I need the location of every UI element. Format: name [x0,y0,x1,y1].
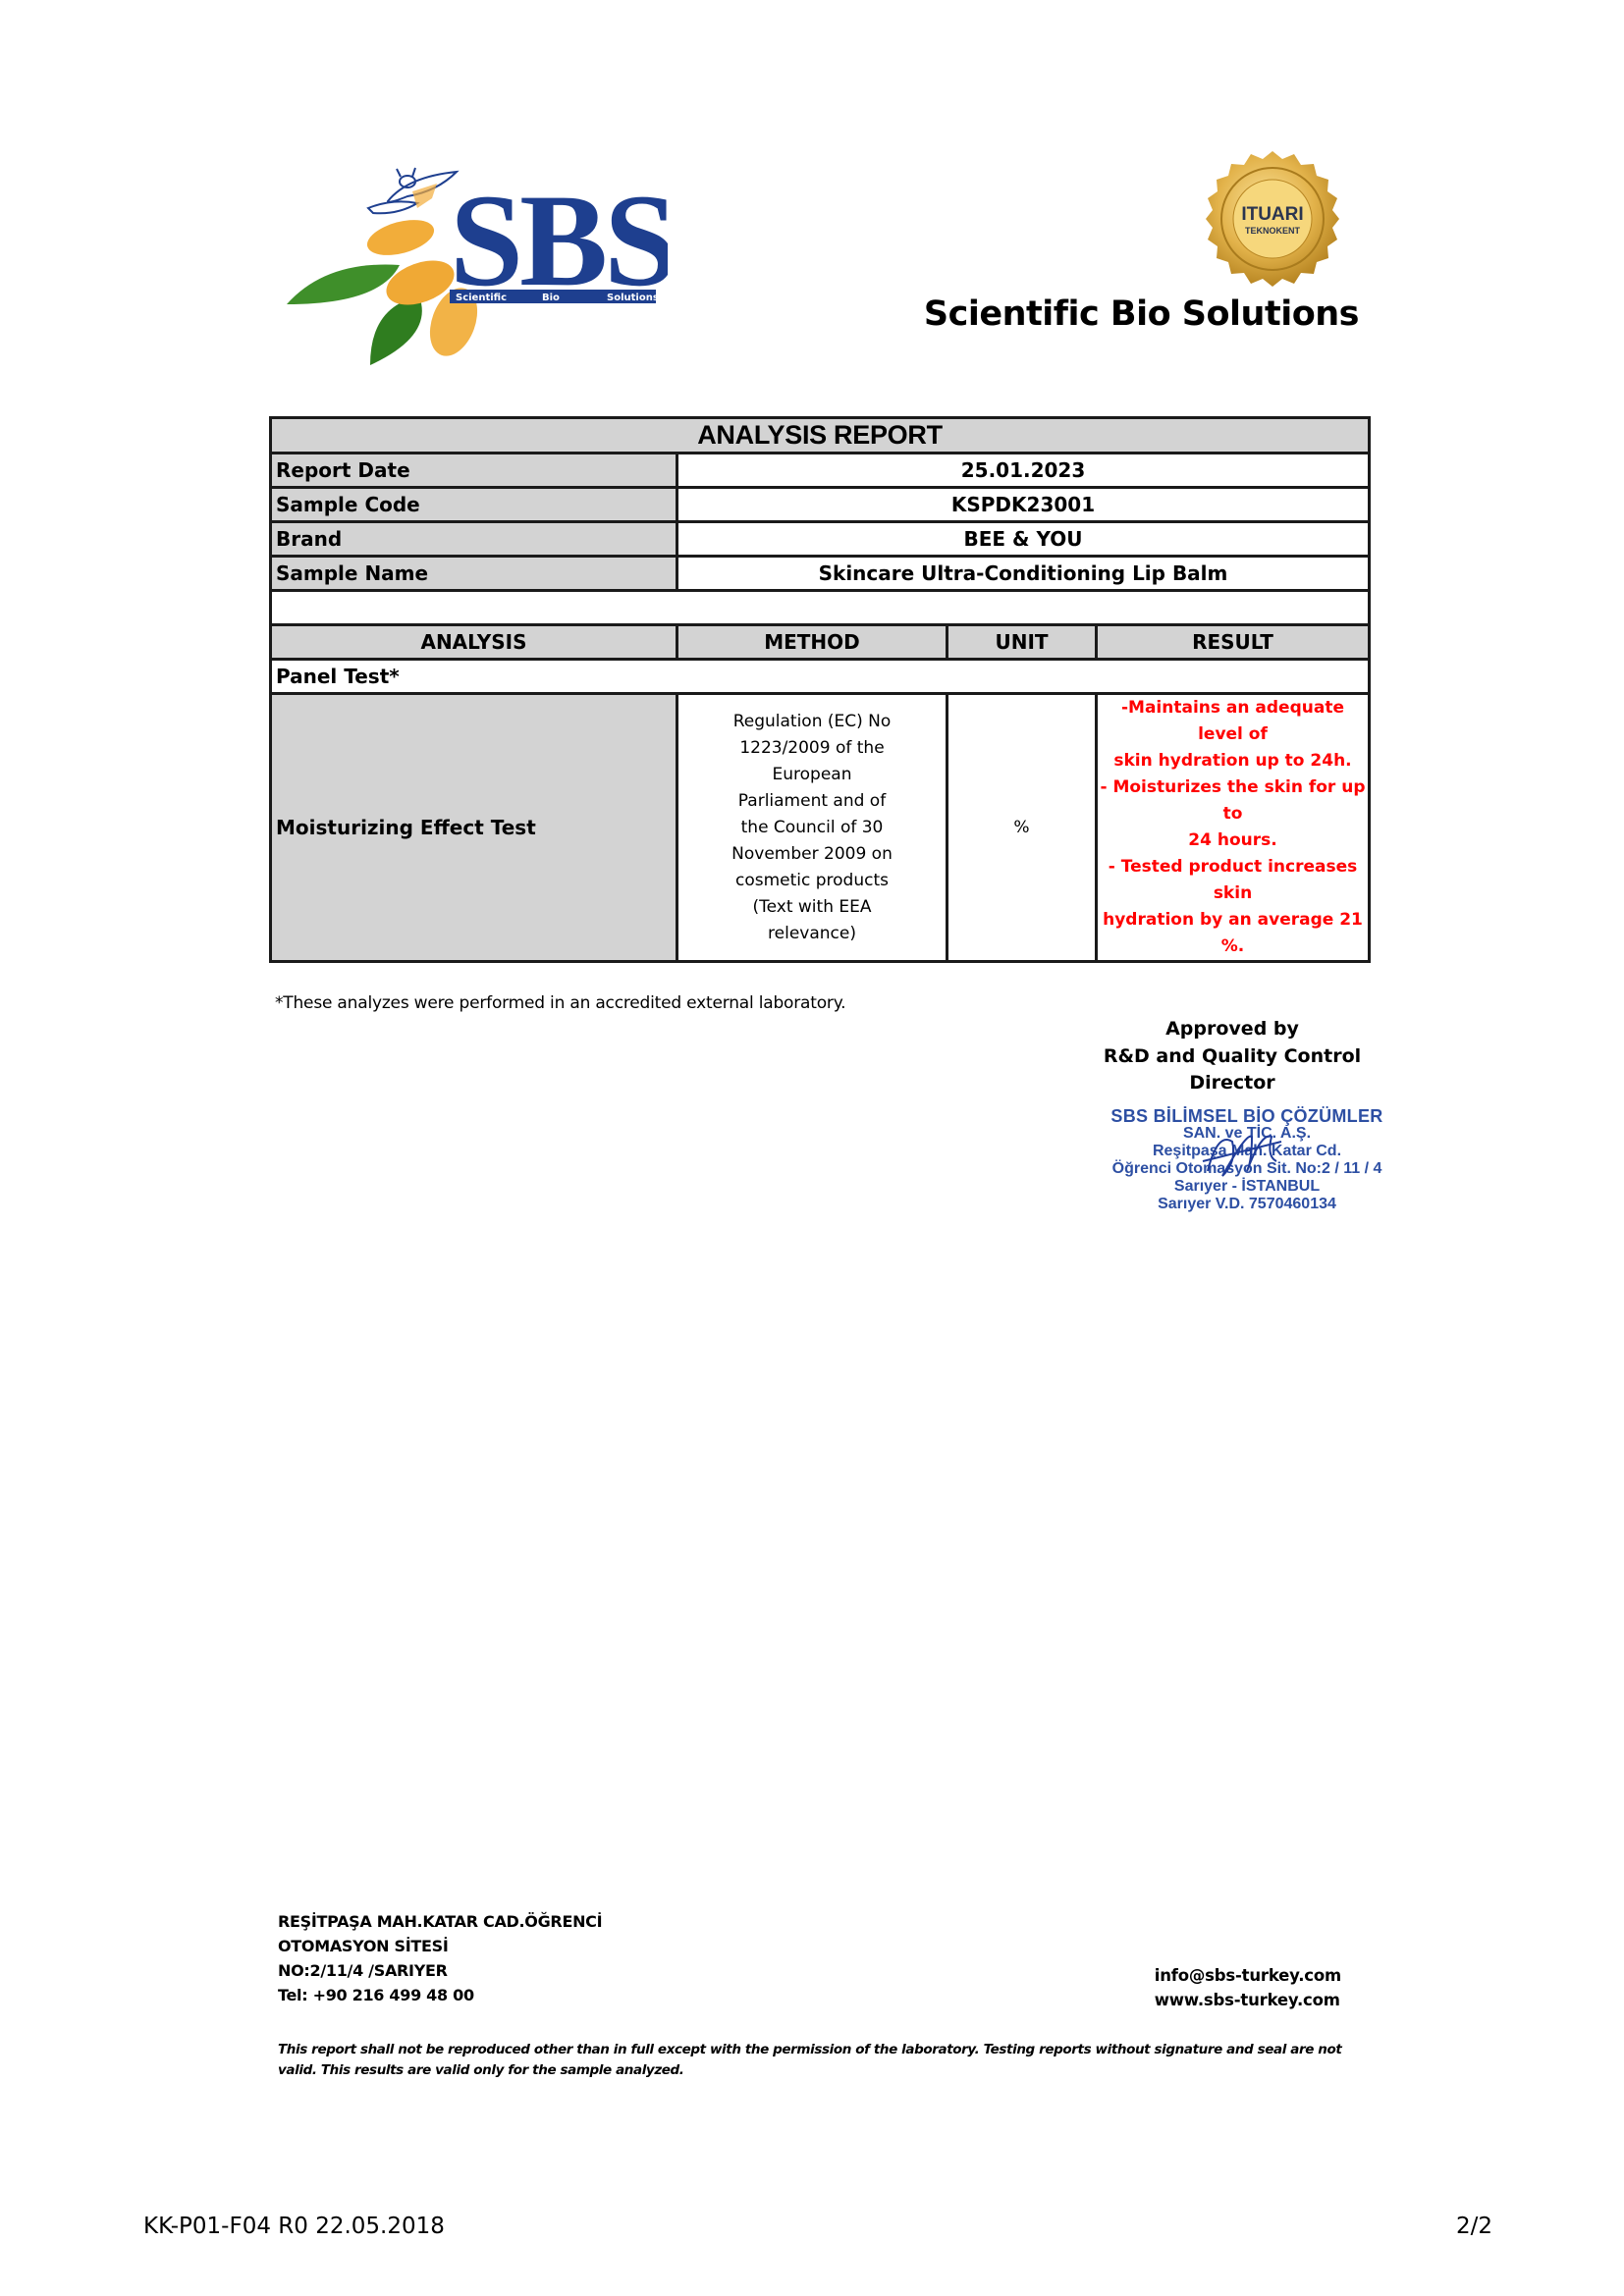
column-header-result: RESULT [1097,625,1370,660]
spacer-row [271,591,1370,625]
phone-line: Tel: +90 216 499 48 00 [278,1983,602,2007]
result-line: hydration by an average 21 %. [1100,907,1366,960]
approval-block: Approved by R&D and Quality Control Dire… [1080,1016,1384,1097]
page-number: 2/2 [1456,2214,1492,2239]
analysis-report-table: ANALYSIS REPORT Report Date 25.01.2023 S… [269,416,1371,963]
svg-text:Solutions: Solutions [607,293,659,303]
signature-icon [1198,1117,1286,1196]
stamp-line: Sarıyer V.D. 7570460134 [1105,1196,1389,1213]
email-link[interactable]: info@sbs-turkey.com [1155,1963,1341,1988]
ituari-teknokent-seal-icon: ITUARI TEKNOKENT [1190,149,1355,289]
footnote: *These analyzes were performed in an acc… [275,993,845,1013]
approval-line: Approved by [1080,1016,1384,1043]
method-line: (Text with EEA [684,894,940,921]
sbs-logo: SBS Scientific Bio Solutions [275,157,668,368]
address-line: NO:2/11/4 /SARIYER [278,1958,602,1983]
info-row: Sample Code KSPDK23001 [271,488,1370,522]
bee-and-leaves-logo-icon: SBS Scientific Bio Solutions [275,157,668,368]
method-line: 1223/2009 of the [684,735,940,762]
analysis-name: Moisturizing Effect Test [271,694,677,962]
info-value: BEE & YOU [677,522,1370,557]
section-row: Panel Test* [271,660,1370,694]
column-header-method: METHOD [677,625,947,660]
svg-text:ITUARI: ITUARI [1241,204,1303,225]
result-cell: -Maintains an adequate level of skin hyd… [1097,694,1370,962]
svg-text:Bio: Bio [542,293,560,303]
approval-line: R&D and Quality Control [1080,1043,1384,1071]
info-value: 25.01.2023 [677,454,1370,488]
company-stamp: SBS BİLİMSEL BİO ÇÖZÜMLER SAN. ve TİC. A… [1105,1107,1389,1213]
column-header-analysis: ANALYSIS [271,625,677,660]
section-title: Panel Test* [271,660,1370,694]
report-title: ANALYSIS REPORT [271,418,1370,454]
ituari-seal: ITUARI TEKNOKENT [1190,149,1355,289]
info-value: KSPDK23001 [677,488,1370,522]
info-label: Sample Name [271,557,677,591]
method-line: Parliament and of [684,788,940,815]
column-header-unit: UNIT [947,625,1097,660]
address-line: OTOMASYON SİTESİ [278,1934,602,1958]
company-address: REŞİTPAŞA MAH.KATAR CAD.ÖĞRENCİ OTOMASYO… [278,1909,602,2007]
info-row: Sample Name Skincare Ultra-Conditioning … [271,557,1370,591]
column-header-row: ANALYSIS METHOD UNIT RESULT [271,625,1370,660]
method-line: the Council of 30 [684,815,940,841]
result-line: - Moisturizes the skin for up to [1100,774,1366,828]
info-row: Brand BEE & YOU [271,522,1370,557]
result-line: - Tested product increases skin [1100,854,1366,907]
company-title: Scientific Bio Solutions [924,294,1359,334]
info-label: Report Date [271,454,677,488]
method-line: relevance) [684,921,940,947]
info-label: Sample Code [271,488,677,522]
svg-text:Scientific: Scientific [456,293,507,303]
disclaimer: This report shall not be reproduced othe… [278,2040,1358,2081]
report-title-row: ANALYSIS REPORT [271,418,1370,454]
result-line: skin hydration up to 24h. [1100,748,1366,774]
result-line: 24 hours. [1100,828,1366,854]
contact-block: info@sbs-turkey.com www.sbs-turkey.com [1155,1963,1341,2012]
empty-cell [271,591,1370,625]
method-line: European [684,762,940,788]
method-line: November 2009 on [684,841,940,868]
method-cell: Regulation (EC) No 1223/2009 of the Euro… [677,694,947,962]
table-row: Moisturizing Effect Test Regulation (EC)… [271,694,1370,962]
method-line: cosmetic products [684,868,940,894]
info-value: Skincare Ultra-Conditioning Lip Balm [677,557,1370,591]
unit-cell: % [947,694,1097,962]
document-code: KK-P01-F04 R0 22.05.2018 [143,2214,445,2239]
info-row: Report Date 25.01.2023 [271,454,1370,488]
method-line: Regulation (EC) No [684,709,940,735]
svg-text:TEKNOKENT: TEKNOKENT [1245,226,1301,236]
approval-line: Director [1080,1070,1384,1097]
result-line: -Maintains an adequate level of [1100,695,1366,748]
address-line: REŞİTPAŞA MAH.KATAR CAD.ÖĞRENCİ [278,1909,602,1934]
website-link[interactable]: www.sbs-turkey.com [1155,1988,1341,2012]
info-label: Brand [271,522,677,557]
